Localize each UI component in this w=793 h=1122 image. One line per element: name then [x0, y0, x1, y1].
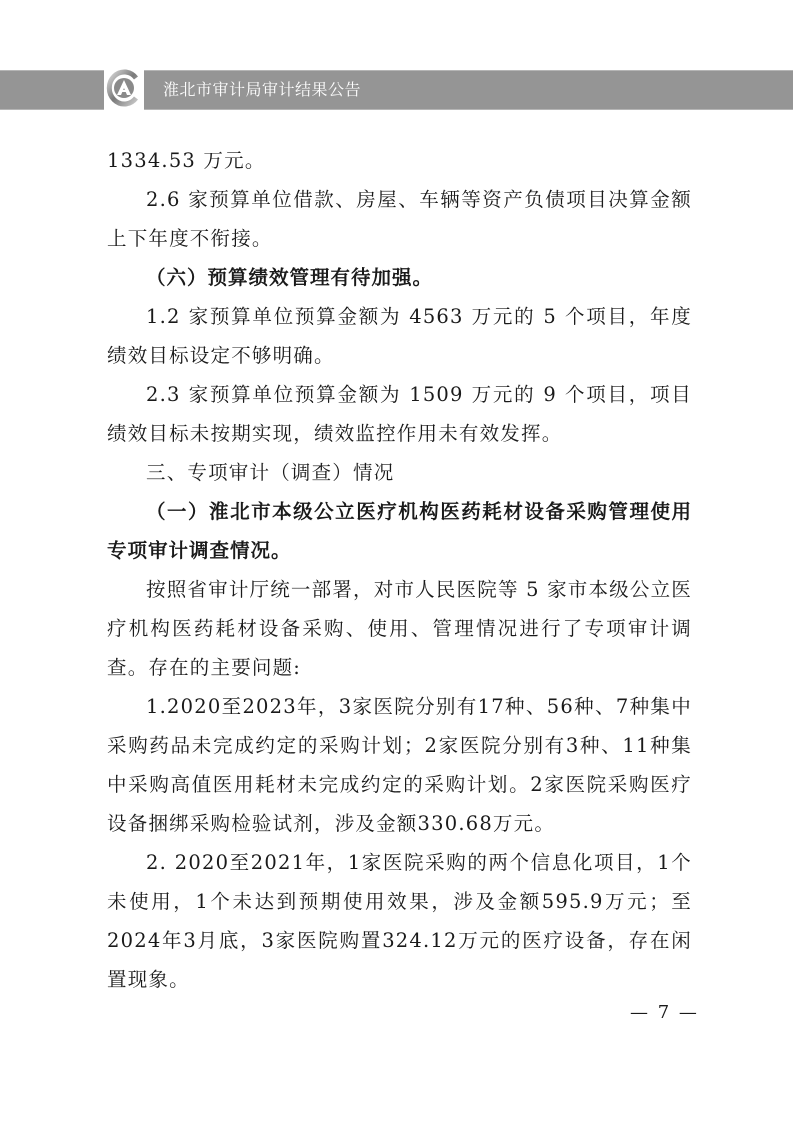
paragraph-performance-goals: 1.2 家预算单位预算金额为 4563 万元的 5 个项目，年度绩效目标设定不够… — [107, 297, 692, 375]
paragraph-medical-intro: 按照省审计厅统一部署，对市人民医院等 5 家市本级公立医疗机构医药耗材设备采购、… — [107, 570, 692, 687]
paragraph-medical-issue-1: 1.2020至2023年，3家医院分别有17种、56种、7种集中采购药品未完成约… — [107, 687, 692, 843]
logo — [104, 70, 144, 110]
section-heading-special-audit: 三、专项审计（调查）情况 — [107, 453, 692, 492]
audit-emblem-icon — [106, 69, 142, 111]
paragraph-medical-issue-2: 2. 2020至2021年，1家医院采购的两个信息化项目，1个未使用，1个未达到… — [107, 843, 692, 999]
page-number: — 7 — — [630, 1002, 699, 1023]
paragraph-continuation: 1334.53 万元。 — [107, 141, 692, 180]
header-title: 淮北市审计局审计结果公告 — [163, 70, 361, 110]
paragraph-asset-liability: 2.6 家预算单位借款、房屋、车辆等资产负债项目决算金额上下年度不衔接。 — [107, 180, 692, 258]
subsection-heading-performance: （六）预算绩效管理有待加强。 — [107, 258, 692, 297]
document-body: 1334.53 万元。 2.6 家预算单位借款、房屋、车辆等资产负债项目决算金额… — [107, 141, 692, 999]
subsection-heading-medical: （一）淮北市本级公立医疗机构医药耗材设备采购管理使用专项审计调查情况。 — [107, 492, 692, 570]
paragraph-performance-monitoring: 2.3 家预算单位预算金额为 1509 万元的 9 个项目，项目绩效目标未按期实… — [107, 375, 692, 453]
